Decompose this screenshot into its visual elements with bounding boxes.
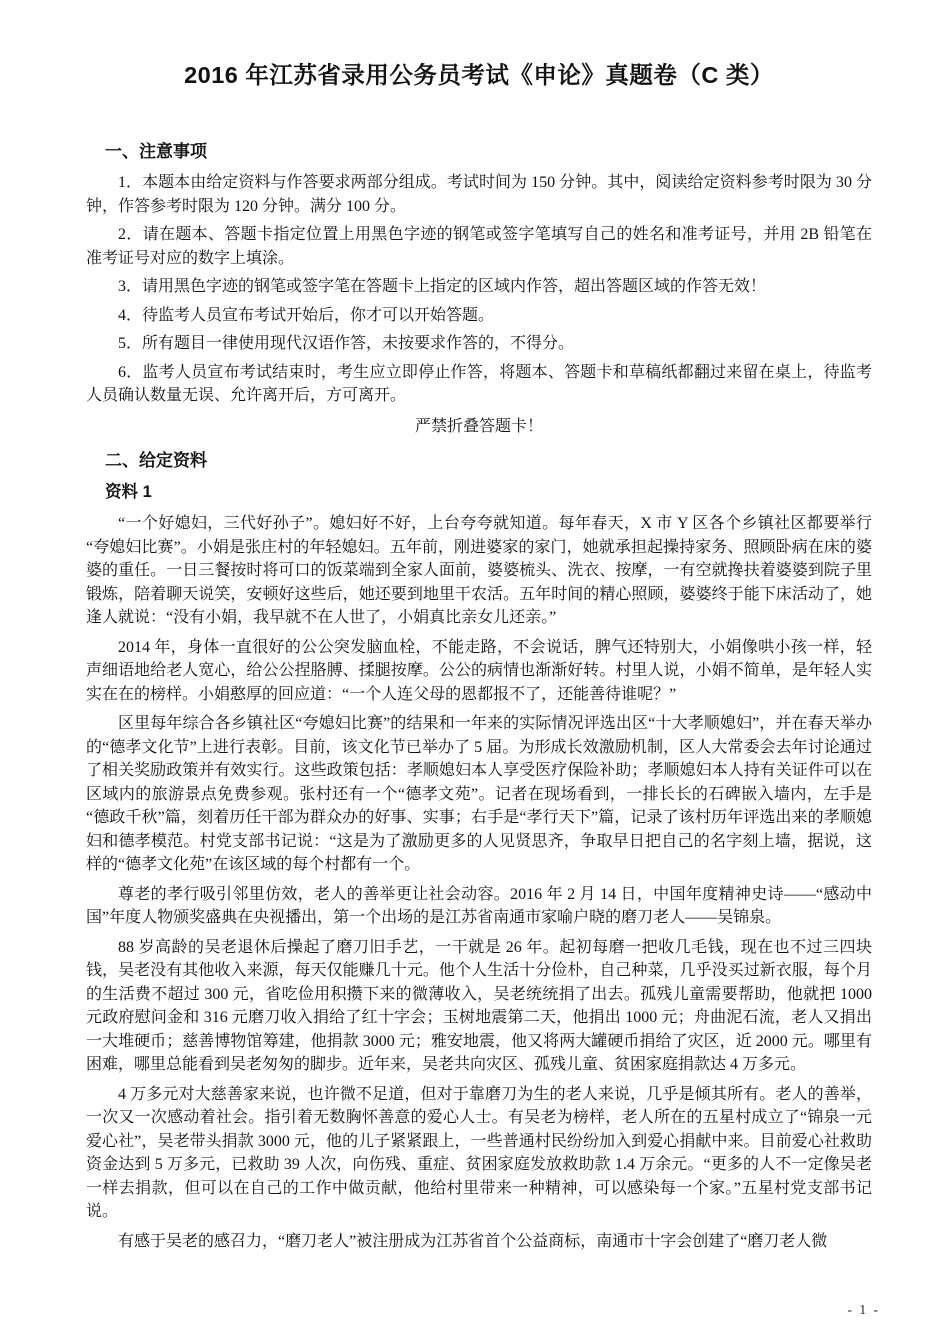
material-1-label: 资料 1 — [105, 480, 872, 504]
notice-item: 2．请在题本、答题卡指定位置上用黑色字迹的钢笔或签字笔填写自己的姓名和准考证号，… — [86, 223, 872, 270]
material-paragraph: 4 万多元对大慈善家来说，也许微不足道，但对于靠磨刀为生的老人来说，几乎是倾其所… — [86, 1083, 872, 1224]
notice-section-heading: 一、注意事项 — [105, 140, 872, 164]
notice-item: 6．监考人员宣布考试结束时，考生应立即停止作答，将题本、答题卡和草稿纸都翻过来留… — [86, 361, 872, 408]
notice-item: 4．待监考人员宣布考试开始后，你才可以开始答题。 — [86, 304, 872, 328]
material-paragraph: 区里每年综合各乡镇社区“夸媳妇比赛”的结果和一年来的实际情况评选出区“十大孝顺媳… — [86, 712, 872, 877]
material-paragraph: 尊老的孝行吸引邻里仿效，老人的善举更让社会动容。2016 年 2 月 14 日，… — [86, 883, 872, 930]
material-paragraph: 88 岁高龄的吴老退休后操起了磨刀旧手艺，一干就是 26 年。起初每磨一把收几毛… — [86, 936, 872, 1077]
document-content: 2016 年江苏省录用公务员考试《申论》真题卷（C 类） 一、注意事项 1．本题… — [0, 0, 950, 1253]
material-paragraph: 有感于吴老的感召力，“磨刀老人”被注册成为江苏省首个公益商标，南通市十字会创建了… — [86, 1230, 872, 1254]
document-title: 2016 年江苏省录用公务员考试《申论》真题卷（C 类） — [86, 56, 872, 90]
notice-item: 3．请用黑色字迹的钢笔或签字笔在答题卡上指定的区域内作答，超出答题区域的作答无效… — [86, 275, 872, 299]
notice-list: 1．本题本由给定资料与作答要求两部分组成。考试时间为 150 分钟。其中，阅读给… — [86, 171, 872, 408]
material-paragraph: “一个好媳妇，三代好孙子”。媳妇好不好，上台夸夸就知道。每年春天，X 市 Y 区… — [86, 512, 872, 630]
material-1-body: “一个好媳妇，三代好孙子”。媳妇好不好，上台夸夸就知道。每年春天，X 市 Y 区… — [86, 512, 872, 1253]
page-number: - 1 - — [848, 1302, 881, 1318]
fold-warning: 严禁折叠答题卡！ — [86, 415, 872, 439]
materials-section-heading: 二、给定资料 — [105, 449, 872, 473]
notice-item: 5．所有题目一律使用现代汉语作答，未按要求作答的，不得分。 — [86, 332, 872, 356]
exam-paper-page: { "page": { "title": "2016 年江苏省录用公务员考试《申… — [0, 0, 950, 1344]
notice-item: 1．本题本由给定资料与作答要求两部分组成。考试时间为 150 分钟。其中，阅读给… — [86, 171, 872, 218]
material-paragraph: 2014 年，身体一直很好的公公突发脑血栓，不能走路，不会说话，脾气还特别大，小… — [86, 636, 872, 707]
